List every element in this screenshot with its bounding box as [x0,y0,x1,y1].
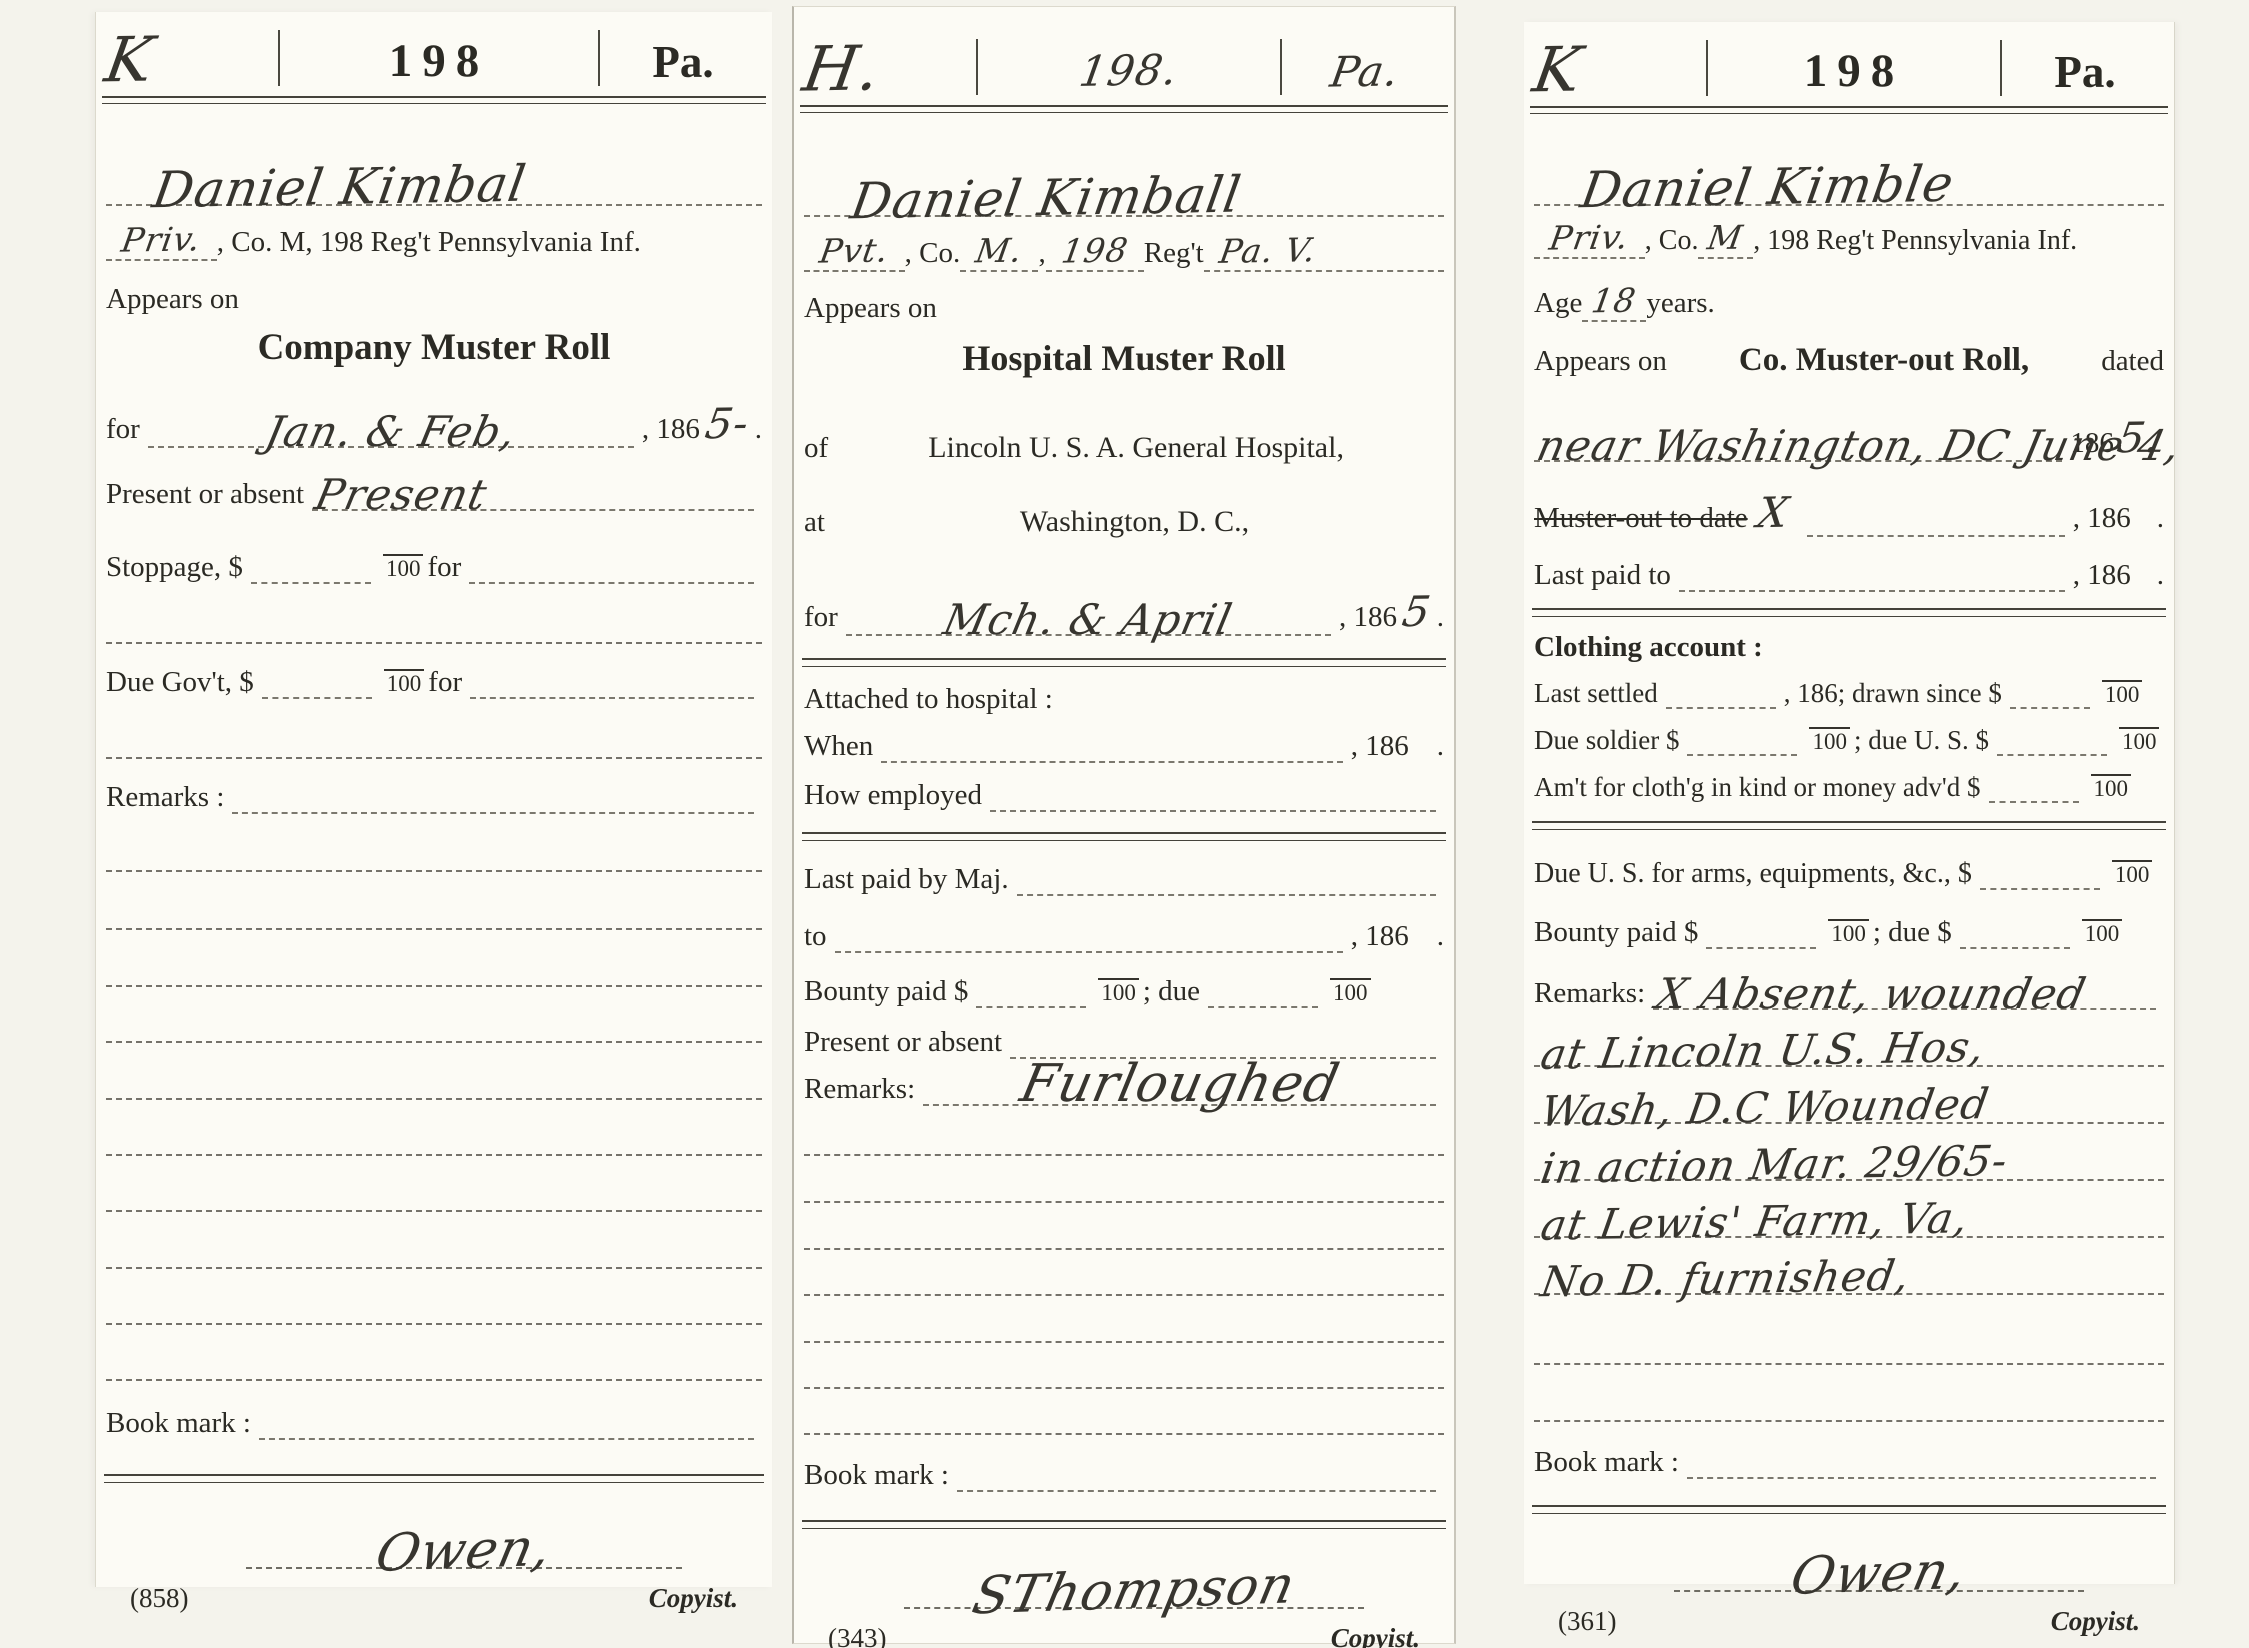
present-label: Present or absent [106,478,304,511]
copyist-signature-line: Owen, [246,1567,682,1569]
remarks-value-handwritten: Furloughed [1015,1054,1344,1114]
dated-row: near Washington, DC June 4, 186 5. [1524,413,2174,462]
hospital-city-row: at Washington, D. C., [794,505,1454,539]
remarks-line: at Lewis' Farm, Va, [1534,1181,2164,1238]
to-period: . [1437,920,1444,953]
book-mark-label: Book mark : [106,1407,251,1440]
paid-to-row: to , 186 . [794,920,1454,953]
due-soldier-row: Due soldier $ 100 ; due U. S. $ 100 [1524,725,2174,756]
muster-out-place-date-handwritten: near Washington, DC June 4, [1533,421,2186,470]
scanned-muster-roll-cards: { "scan": {"bg": "#f4f3ec", "card_bg": "… [0,0,2249,1648]
period: . [1437,601,1444,634]
unit-printed: , 198 Reg't Pennsylvania Inf. [1753,225,2077,257]
last-settled-label: Last settled [1534,678,1658,709]
drawn-since-cents: 100 [2102,680,2143,706]
blank-line [804,1389,1444,1435]
company-letter-value: M. [973,231,1026,271]
book-mark-row: Book mark : [794,1459,1454,1492]
rank-row: Pvt. , Co. M. , 198 Reg't Pa. V. [794,231,1454,272]
hospital-city: Washington, D. C., [825,505,1444,539]
muster-period-row: for Jan. & Feb, , 186 5- . [96,399,772,448]
of-label: of [804,432,828,465]
last-paid-label: Last paid by Maj. [804,863,1009,896]
blank-line [106,930,762,987]
last-paid-row: Last paid by Maj. [794,863,1454,896]
year-printed: , 186 [642,413,700,446]
state-abbreviation: Pa. [2006,46,2164,98]
blank-line [106,699,762,759]
muster-out-period: . [2157,502,2164,535]
regiment-number-handwritten: 198. [1077,51,1181,90]
due-us-label: ; due U. S. $ [1854,725,1989,756]
due-us-arms-row: Due U. S. for arms, equipments, &c., $ 1… [1524,858,2174,890]
last-settled-year-printed: , 186 [1784,678,1838,709]
book-mark-row: Book mark : [1524,1446,2174,1479]
blank-line [804,1156,1444,1203]
hospital-name-row: of Lincoln U. S. A. General Hospital, [794,431,1454,465]
bounty-due-label: ; due $ [1873,916,1952,949]
blank-line [106,814,762,872]
copyist-label: Copyist. [1331,1623,1420,1648]
soldier-name-handwritten: Daniel Kimbal [149,155,530,219]
remarks-line: No D. furnished, [1534,1238,2164,1295]
appears-on-row: Appears on Co. Muster-out Roll, dated [1524,342,2174,379]
blank-line [106,584,762,644]
appears-on-label: Appears on [804,292,937,325]
due-govt-label: Due Gov't, $ [106,666,254,699]
due-soldier-cents: 100 [1809,727,1850,753]
state-unit-value: Pa. V. [1216,230,1318,271]
stoppage-for-label: for [427,551,461,584]
muster-period-handwritten: Jan. & Feb, [261,407,521,456]
rank-handwritten: Priv. [119,219,204,259]
blank-line [106,872,762,930]
muster-out-roll-card: K 198 Pa. Daniel Kimble Priv. , Co. M , … [1524,22,2175,1584]
copyist-signature-line: Owen, [1674,1590,2084,1592]
muster-period-handwritten: Mch. & April [940,595,1238,644]
appears-on-row: Appears on [96,283,772,316]
soldier-name-line: Daniel Kimball [804,129,1444,217]
dated-year-digit-handwritten: 5. [2114,413,2164,463]
period: . [755,413,762,446]
drawn-since-label: ; drawn since $ [1838,678,2002,709]
company-letter-handwritten: K [101,32,157,89]
how-employed-label: How employed [804,779,982,812]
state-abbreviation: Pa. [604,36,762,88]
bounty-cents: 100 [1828,919,1869,945]
amt-clothing-label: Am't for cloth'g in kind or money adv'd … [1534,772,1981,803]
for-label: for [804,601,838,634]
header-divider [976,39,978,95]
stoppage-label: Stoppage, $ [106,551,243,584]
bounty-label: Bounty paid $ [1534,916,1698,949]
due-us-cents: 100 [2119,727,2160,753]
clothing-account-row: Clothing account : [1524,631,2174,664]
form-number: (343) [828,1623,886,1648]
muster-out-year-printed: , 186 [2073,502,2131,535]
last-settled-row: Last settled , 186 ; drawn since $ 100 [1524,678,2174,709]
co-label: , Co. [905,237,961,270]
regt-label: Reg't [1144,237,1204,270]
bounty-due-cents: 100 [2082,919,2123,945]
book-mark-row: Book mark : [96,1407,772,1440]
muster-period-row: for Mch. & April , 186 5 . [794,587,1454,636]
section-rule [802,832,1446,841]
remarks-label: Remarks: [804,1073,915,1106]
appears-on-label: Appears on [106,283,239,316]
remarks-label: Remarks: [1534,977,1645,1010]
appears-on-label: Appears on [1534,345,1667,378]
form-number: (361) [1558,1606,1616,1637]
section-rule [802,658,1446,667]
blank-line [1534,1365,2164,1422]
unit-printed: , Co. M, 198 Reg't Pennsylvania Inf. [217,226,641,259]
card-title: Hospital Muster Roll [794,337,1454,379]
age-label: Age [1534,287,1582,320]
due-govt-row: Due Gov't, $ 100 for [96,666,772,699]
comma: , [1038,237,1045,270]
blank-line [106,1043,762,1100]
regiment-number: 198 [284,34,594,88]
header-rule [1530,106,2168,114]
appears-on-row: Appears on [794,292,1454,325]
header-rule [800,105,1448,113]
remarks-line: Wash, D.C Wounded [1534,1067,2164,1124]
blank-line [106,987,762,1043]
soldier-name-handwritten: Daniel Kimble [1577,155,1958,219]
section-rule [1532,821,2166,830]
header-divider [598,30,600,86]
remarks-row: Remarks: X Absent, wounded [1524,977,2174,1010]
to-label: to [804,920,827,953]
when-period: . [1437,730,1444,763]
card-header: K 198 Pa. [1524,22,2174,102]
blank-line [804,1296,1444,1343]
section-rule [104,1474,764,1483]
blank-line [804,1343,1444,1389]
due-soldier-label: Due soldier $ [1534,725,1679,756]
muster-out-x-handwritten: X [1754,488,1793,538]
copyist-signature-line: SThompson [904,1607,1364,1609]
bounty-label: Bounty paid $ [804,975,968,1008]
company-letter-handwritten: H. [799,41,884,98]
present-value-handwritten: Present [311,470,492,519]
dated-label: dated [2101,345,2164,378]
soldier-name-line: Daniel Kimble [1534,124,2164,206]
book-mark-label: Book mark : [804,1459,949,1492]
copyist-signature-handwritten: Owen, [370,1518,557,1584]
last-paid-period: . [2157,559,2164,592]
stoppage-row: Stoppage, $ 100 for [96,551,772,584]
book-mark-label: Book mark : [1534,1446,1679,1479]
stoppage-cents: 100 [383,554,424,580]
co-label: , Co. [1645,225,1699,257]
remarks-row: Remarks: Furloughed [794,1073,1454,1106]
card-header: K 198 Pa. [96,12,772,92]
blank-line [106,1269,762,1325]
to-year-printed: , 186 [1351,920,1409,953]
amt-clothing-cents: 100 [2091,774,2132,800]
clothing-account-label: Clothing account : [1534,631,1763,664]
bounty-row: Bounty paid $ 100 ; due 100 [794,975,1454,1008]
card-header: H. 198. Pa. [794,7,1454,101]
at-label: at [804,506,825,539]
when-year-printed: , 186 [1351,730,1409,763]
year-printed: , 186 [1339,601,1397,634]
company-letter-handwritten: K [1529,42,1585,99]
year-digit-handwritten: 5- [702,399,753,449]
rank-handwritten: Priv. [1547,217,1632,257]
bounty-due-label: ; due [1143,975,1200,1008]
blank-line [804,1106,1444,1156]
blank-line [106,1212,762,1269]
bounty-cents: 100 [1098,978,1139,1004]
header-divider [1706,40,1708,96]
due-govt-for-label: for [428,666,462,699]
copyist-label: Copyist. [649,1583,738,1614]
regiment-number-value: 198 [1059,230,1131,270]
card-title: Co. Muster-out Roll, [1739,342,2029,379]
soldier-name-line: Daniel Kimbal [106,118,762,206]
header-divider [278,30,280,86]
company-muster-roll-card: K 198 Pa. Daniel Kimbal Priv. , Co. M, 1… [95,12,772,1587]
bounty-due-cents: 100 [1330,978,1371,1004]
blank-line [804,1250,1444,1296]
due-govt-cents: 100 [384,669,425,695]
remarks-row: Remarks : [96,781,772,814]
last-paid-year-printed: , 186 [2073,559,2131,592]
last-paid-label: Last paid to [1534,559,1671,592]
present-label: Present or absent [804,1026,1002,1059]
header-rule [102,96,766,104]
how-employed-row: How employed [794,779,1454,812]
hospital-name: Lincoln U. S. A. General Hospital, [828,431,1444,465]
bounty-row: Bounty paid $ 100 ; due $ 100 [1524,916,2174,949]
section-rule [1532,1505,2166,1514]
blank-line [804,1203,1444,1250]
for-label: for [106,413,140,446]
section-rule [802,1520,1446,1529]
section-rule [1532,608,2166,617]
company-letter-value: M [1705,218,1746,258]
age-row: Age 18 years. [1524,281,2174,322]
last-paid-to-row: Last paid to , 186 . [1524,559,2174,592]
header-divider [2000,40,2002,96]
remarks-line: in action Mar. 29/65- [1534,1124,2164,1181]
amt-clothing-row: Am't for cloth'g in kind or money adv'd … [1524,772,2174,803]
year-digit-handwritten: 5 [1399,587,1435,636]
attached-label: Attached to hospital : [804,683,1053,716]
blank-line [106,1100,762,1156]
blank-line [106,1325,762,1381]
form-number: (858) [130,1583,188,1614]
age-value-handwritten: 18 [1589,281,1639,321]
copyist-label: Copyist. [2051,1606,2140,1637]
remarks-label: Remarks : [106,781,224,814]
when-label: When [804,730,873,763]
age-suffix-label: years. [1646,287,1714,320]
rank-row: Priv. , Co. M , 198 Reg't Pennsylvania I… [1524,218,2174,259]
card-title: Company Muster Roll [96,326,772,369]
when-row: When , 186 . [794,730,1454,763]
muster-out-to-date-row: Muster-out to date X , 186 . [1524,488,2174,537]
blank-line [106,1156,762,1212]
rank-row: Priv. , Co. M, 198 Reg't Pennsylvania In… [96,220,772,261]
regiment-number: 198 [1712,44,1996,98]
copyist-signature-handwritten: Owen, [1785,1541,1972,1607]
hospital-muster-roll-card: H. 198. Pa. Daniel Kimball Pvt. , Co. M.… [792,6,1456,1644]
attached-row: Attached to hospital : [794,683,1454,716]
present-or-absent-row: Present or absent Present [96,478,772,511]
blank-line [1534,1295,2164,1365]
muster-out-label: Muster-out to date [1534,502,1748,535]
remarks-line: at Lincoln U.S. Hos, [1534,1010,2164,1067]
state-abbreviation-handwritten: Pa. [1328,52,1402,91]
header-divider [1280,39,1282,95]
copyist-signature-handwritten: SThompson [967,1555,1301,1626]
due-us-arms-label: Due U. S. for arms, equipments, &c., $ [1534,858,1972,890]
due-us-arms-cents: 100 [2112,860,2153,886]
rank-handwritten: Pvt. [817,230,892,270]
soldier-name-handwritten: Daniel Kimball [847,166,1245,231]
